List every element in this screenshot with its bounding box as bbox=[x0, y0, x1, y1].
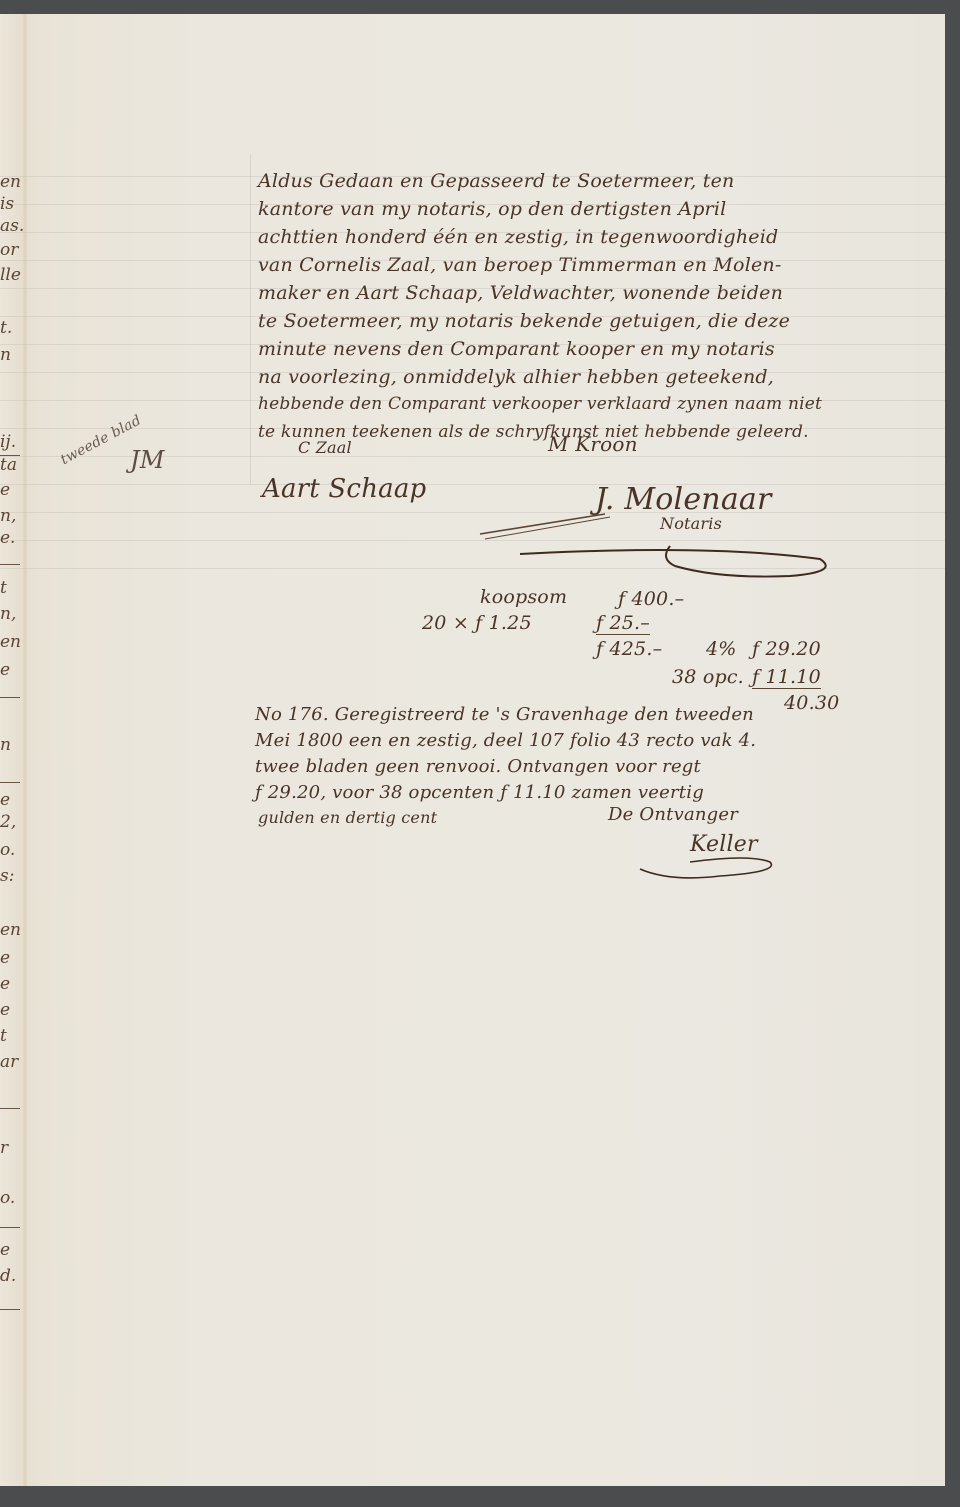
body-line: van Cornelis Zaal, van beroep Timmerman … bbox=[258, 254, 781, 276]
left-page-fragment: en bbox=[0, 172, 21, 192]
signature-witness-zaal: C Zaal bbox=[298, 438, 352, 457]
registration-line: Mei 1800 een en zestig, deel 107 folio 4… bbox=[255, 730, 756, 751]
left-page-fragment: ta bbox=[0, 455, 17, 475]
left-page-fragment: e bbox=[0, 1000, 10, 1020]
margin-initials: JM bbox=[130, 446, 165, 474]
calc-rate-result: ƒ 29.20 bbox=[752, 638, 821, 660]
left-page-rule bbox=[0, 1108, 20, 1109]
signature-flourish bbox=[460, 484, 840, 584]
left-page-fragment: n, bbox=[0, 604, 16, 624]
body-line: hebbende den Comparant verkooper verklaa… bbox=[258, 394, 822, 414]
left-page-fragment: t bbox=[0, 578, 7, 598]
left-page-fragment: o. bbox=[0, 1188, 15, 1208]
left-page-fragment: en bbox=[0, 920, 21, 940]
left-page-rule bbox=[0, 1227, 20, 1228]
body-line: te Soetermeer, my notaris bekende getuig… bbox=[258, 310, 790, 332]
body-line: achttien honderd één en zestig, in tegen… bbox=[258, 226, 778, 248]
left-page-fragment: is bbox=[0, 194, 14, 214]
signature-witness-schaap: Aart Schaap bbox=[262, 474, 426, 504]
left-page-fragment: e. bbox=[0, 528, 15, 548]
left-page-fragment: r bbox=[0, 1138, 8, 1158]
calc-subtotal: ƒ 425.– bbox=[596, 638, 662, 660]
left-page-rule bbox=[0, 1309, 20, 1310]
margin-line bbox=[250, 154, 251, 484]
calc-rate: 4% bbox=[706, 638, 737, 660]
document-page: enisas.orllet.nij.taen,e.tn,enene2,o.s:e… bbox=[0, 14, 945, 1486]
left-page-fragment: ij. bbox=[0, 432, 16, 452]
receiver-label: De Ontvanger bbox=[608, 804, 738, 825]
body-line: Aldus Gedaan en Gepasseerd te Soetermeer… bbox=[258, 170, 735, 192]
body-line: kantore van my notaris, op den dertigste… bbox=[258, 198, 726, 220]
registration-line: ƒ 29.20, voor 38 opcenten ƒ 11.10 zamen … bbox=[255, 782, 704, 803]
left-page-fragment: en bbox=[0, 632, 21, 652]
receiver-flourish bbox=[630, 834, 800, 884]
signature-buyer-kroon: M Kroon bbox=[548, 432, 638, 456]
calc-multiplier: 20 × ƒ 1.25 bbox=[422, 612, 532, 634]
left-page-fragment: or bbox=[0, 240, 18, 260]
left-page-fragment: 2, bbox=[0, 812, 16, 832]
left-page-rule bbox=[0, 782, 20, 783]
calc-opcenten-label: 38 opc. bbox=[672, 666, 744, 688]
left-page-fragment: e bbox=[0, 480, 10, 500]
left-page-fragment: d. bbox=[0, 1266, 16, 1286]
left-page-fragment: as. bbox=[0, 216, 24, 236]
calc-purchase-value: ƒ 400.– bbox=[618, 588, 684, 610]
left-page-fragment: e bbox=[0, 974, 10, 994]
body-line: na voorlezing, onmiddelyk alhier hebben … bbox=[258, 366, 774, 388]
body-line: minute nevens den Comparant kooper en my… bbox=[258, 338, 775, 360]
calc-opcenten-value: ƒ 11.10 bbox=[752, 666, 821, 689]
left-page-fragment: t. bbox=[0, 318, 12, 338]
registration-line: twee bladen geen renvooi. Ontvangen voor… bbox=[255, 756, 701, 777]
left-page-fragment: n, bbox=[0, 506, 16, 526]
registration-line: gulden en dertig cent bbox=[258, 808, 437, 827]
left-page-rule bbox=[0, 697, 20, 698]
left-page-rule bbox=[0, 455, 20, 456]
registration-line: No 176. Geregistreerd te 's Gravenhage d… bbox=[255, 704, 754, 725]
calc-total: 40.30 bbox=[784, 692, 839, 714]
left-page-rule bbox=[0, 564, 20, 565]
left-page-fragment: ar bbox=[0, 1052, 18, 1072]
left-page-fragment: e bbox=[0, 1240, 10, 1260]
left-page-fragment: n bbox=[0, 345, 11, 365]
left-page-fragment: e bbox=[0, 660, 10, 680]
calc-addition-value: ƒ 25.– bbox=[596, 612, 650, 635]
left-page-fragment: n bbox=[0, 735, 11, 755]
left-page-fragment: o. bbox=[0, 840, 15, 860]
left-page-fragment: e bbox=[0, 790, 10, 810]
calc-purchase-label: koopsom bbox=[480, 586, 567, 608]
left-page-fragment: e bbox=[0, 948, 10, 968]
left-page-fragment: s: bbox=[0, 866, 14, 886]
left-page-fragment: t bbox=[0, 1026, 7, 1046]
left-page-fragment: lle bbox=[0, 265, 21, 285]
body-line: maker en Aart Schaap, Veldwachter, wonen… bbox=[258, 282, 783, 304]
